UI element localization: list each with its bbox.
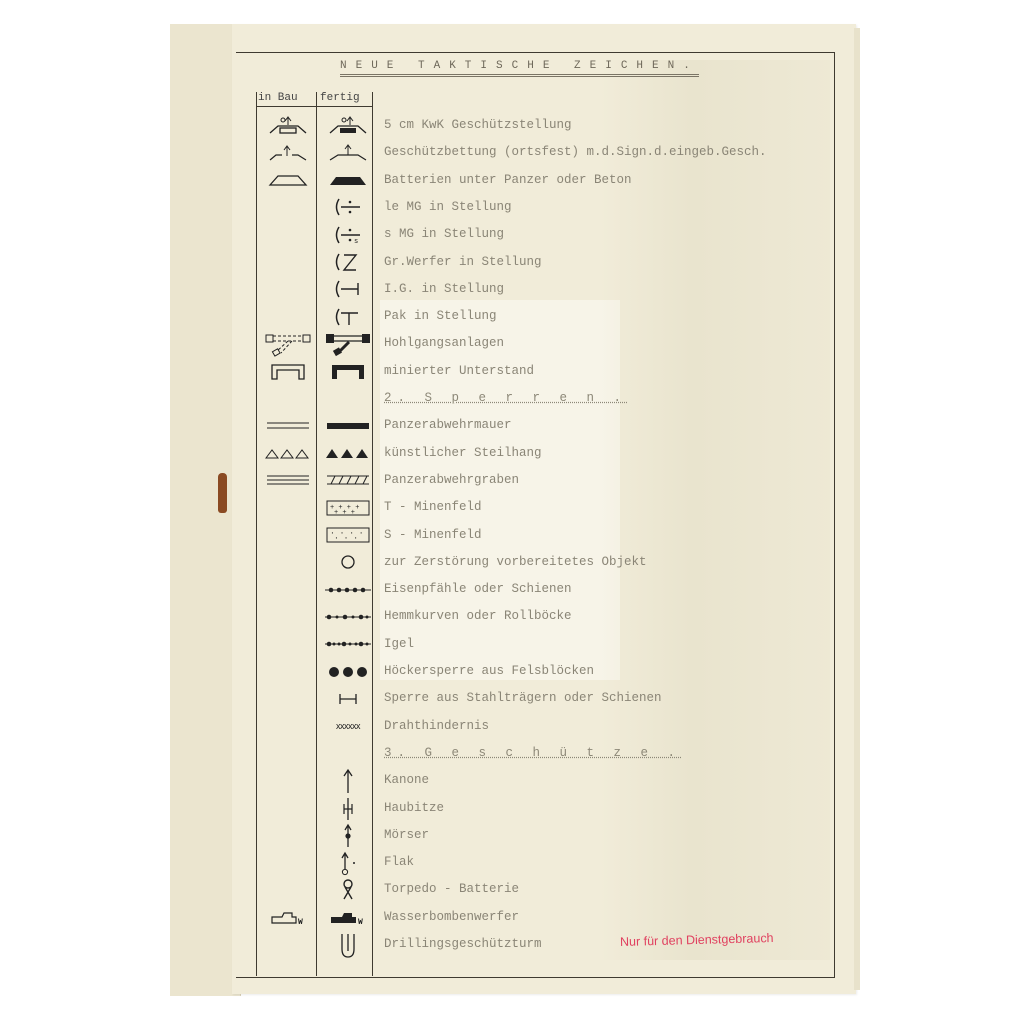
table-row: Sperre aus Stahlträgern oder Schienen: [252, 685, 812, 712]
i-beam-icon: [320, 685, 376, 712]
gun-emplacement-filled-icon: [320, 112, 376, 139]
empty-cell: [260, 194, 316, 221]
infantry-gun-icon: [320, 276, 376, 303]
depth-charge-outline-icon: W: [260, 904, 316, 931]
symbol-description: minierter Unterstand: [384, 364, 534, 378]
table-row: Eisenpfähle oder Schienen: [252, 576, 812, 603]
t-minefield-icon: + + + ++ + +: [320, 494, 376, 521]
staple: [218, 473, 227, 513]
gun-emplacement-outline-icon: [260, 112, 316, 139]
hedgehog-line-icon: [320, 631, 376, 658]
trapezoid-filled-icon: [320, 167, 376, 194]
empty-cell: [260, 276, 316, 303]
symbol-description: Haubitze: [384, 801, 444, 815]
svg-text:s: s: [354, 238, 358, 246]
bunker-filled-icon: [320, 358, 376, 385]
table-row: Höckersperre aus Felsblöcken: [252, 658, 812, 685]
mortar-launcher-icon: [320, 249, 376, 276]
symbol-description: Pak in Stellung: [384, 309, 497, 323]
table-row: I.G. in Stellung: [252, 276, 812, 303]
column-header-fertig: fertig: [320, 92, 360, 104]
symbol-description: Wasserbombenwerfer: [384, 910, 519, 924]
table-row: Mörser: [252, 822, 812, 849]
table-row: Pak in Stellung: [252, 303, 812, 330]
section-heading-row: 3. G e s c h ü t z e .: [252, 740, 812, 767]
empty-cell: [260, 576, 316, 603]
flak-icon: [320, 849, 376, 876]
section-heading: 2. S p e r r e n .: [384, 391, 627, 405]
svg-text:· · ·: · · ·: [334, 534, 358, 543]
empty-cell: [260, 549, 316, 576]
symbol-description: Drillingsgeschützturm: [384, 937, 542, 951]
triple-line-icon: [260, 467, 316, 494]
table-row: zur Zerstörung vorbereitetes Objekt: [252, 549, 812, 576]
symbol-description: Drahthindernis: [384, 719, 489, 733]
svg-text:W: W: [298, 918, 303, 926]
empty-cell: [260, 849, 316, 876]
empty-cell: [260, 931, 316, 958]
triple-turret-icon: [320, 931, 376, 958]
symbol-description: Höckersperre aus Felsblöcken: [384, 664, 594, 678]
symbol-description: zur Zerstörung vorbereitetes Objekt: [384, 555, 647, 569]
symbol-description: le MG in Stellung: [384, 200, 512, 214]
table-row: Panzerabwehrgraben: [252, 467, 812, 494]
empty-cell: [260, 658, 316, 685]
table-row: Batterien unter Panzer oder Beton: [252, 167, 812, 194]
empty-cell: [260, 494, 316, 521]
table-row: Panzerabwehrmauer: [252, 412, 812, 439]
symbol-description: T - Minenfeld: [384, 500, 482, 514]
empty-cell: [260, 685, 316, 712]
s-minefield-icon: · · · ·· · ·: [320, 522, 376, 549]
tunnel-dashed-icon: [260, 330, 316, 357]
table-row: Hohlgangsanlagen: [252, 330, 812, 357]
svg-text:W: W: [358, 918, 363, 926]
howitzer-icon: [320, 795, 376, 822]
sheet-edge: [854, 28, 860, 990]
gun-bed-dashed-icon: [260, 139, 316, 166]
double-line-icon: [260, 412, 316, 439]
symbol-description: Kanone: [384, 773, 429, 787]
empty-cell: [260, 876, 316, 903]
symbol-description: Mörser: [384, 828, 429, 842]
table-row: · · · ·· · ·S - Minenfeld: [252, 522, 812, 549]
symbol-description: Eisenpfähle oder Schienen: [384, 582, 572, 596]
empty-cell: [260, 713, 316, 740]
symbol-description: Geschützbettung (ortsfest) m.d.Sign.d.ei…: [384, 145, 767, 159]
binding-strip: [170, 24, 241, 996]
column-header-in-bau: in Bau: [258, 92, 298, 104]
table-row: Gr.Werfer in Stellung: [252, 249, 812, 276]
symbol-description: Hohlgangsanlagen: [384, 336, 504, 350]
symbol-description: Gr.Werfer in Stellung: [384, 255, 542, 269]
table-row: xxxxxxDrahthindernis: [252, 713, 812, 740]
anti-tank-gun-icon: [320, 303, 376, 330]
symbol-description: Igel: [384, 637, 414, 651]
table-row: Geschützbettung (ortsfest) m.d.Sign.d.ei…: [252, 139, 812, 166]
symbol-description: 5 cm KwK Geschützstellung: [384, 118, 572, 132]
symbol-description: Flak: [384, 855, 414, 869]
heavy-mg-icon: s: [320, 221, 376, 248]
dot-line-alt-icon: [320, 603, 376, 630]
table-row: Igel: [252, 631, 812, 658]
section-heading-row: 2. S p e r r e n .: [252, 385, 812, 412]
tunnel-filled-icon: [320, 330, 376, 357]
table-row: + + + ++ + +T - Minenfeld: [252, 494, 812, 521]
page-title: NEUE TAKTISCHE ZEICHEN.: [340, 60, 740, 72]
wire-obstacle-icon: xxxxxx: [320, 713, 376, 740]
symbol-description: s MG in Stellung: [384, 227, 504, 241]
empty-cell: [260, 249, 316, 276]
symbol-description: Panzerabwehrmauer: [384, 418, 512, 432]
dotted-line-icon: [320, 576, 376, 603]
circle-icon: [320, 549, 376, 576]
trapezoid-outline-icon: [260, 167, 316, 194]
symbol-description: I.G. in Stellung: [384, 282, 504, 296]
section-heading: 3. G e s c h ü t z e .: [384, 746, 681, 760]
symbol-description: künstlicher Steilhang: [384, 446, 542, 460]
symbol-description: Panzerabwehrgraben: [384, 473, 519, 487]
table-row: Flak: [252, 849, 812, 876]
triangles-outline-icon: [260, 440, 316, 467]
mortar-icon: [320, 822, 376, 849]
svg-text:+ + +: + + +: [334, 509, 355, 517]
symbol-description: Batterien unter Panzer oder Beton: [384, 173, 632, 187]
empty-cell: [260, 221, 316, 248]
three-dots-icon: [320, 658, 376, 685]
empty-cell: [260, 522, 316, 549]
header-rule: [256, 106, 372, 107]
empty-cell: [260, 795, 316, 822]
table-row: Kanone: [252, 767, 812, 794]
triangles-filled-icon: [320, 440, 376, 467]
depth-charge-filled-icon: W: [320, 904, 376, 931]
torpedo-icon: [320, 876, 376, 903]
solid-bar-icon: [320, 412, 376, 439]
symbol-description: Hemmkurven oder Rollböcke: [384, 609, 572, 623]
empty-cell: [260, 631, 316, 658]
table-row: 5 cm KwK Geschützstellung: [252, 112, 812, 139]
symbol-description: Sperre aus Stahlträgern oder Schienen: [384, 691, 662, 705]
table-row: ss MG in Stellung: [252, 221, 812, 248]
arrow-up-icon: [320, 767, 376, 794]
table-row: WWWasserbombenwerfer: [252, 904, 812, 931]
table-row: Hemmkurven oder Rollböcke: [252, 603, 812, 630]
gun-bed-icon: [320, 139, 376, 166]
light-mg-icon: [320, 194, 376, 221]
bunker-outline-icon: [260, 358, 316, 385]
ditch-hatched-icon: [320, 467, 376, 494]
table-row: le MG in Stellung: [252, 194, 812, 221]
table-row: Torpedo - Batterie: [252, 876, 812, 903]
empty-cell: [260, 767, 316, 794]
table-row: minierter Unterstand: [252, 358, 812, 385]
empty-cell: [260, 303, 316, 330]
table-row: Haubitze: [252, 795, 812, 822]
symbol-description: S - Minenfeld: [384, 528, 482, 542]
empty-cell: [260, 822, 316, 849]
table-row: künstlicher Steilhang: [252, 440, 812, 467]
symbol-description: Torpedo - Batterie: [384, 882, 519, 896]
empty-cell: [260, 603, 316, 630]
